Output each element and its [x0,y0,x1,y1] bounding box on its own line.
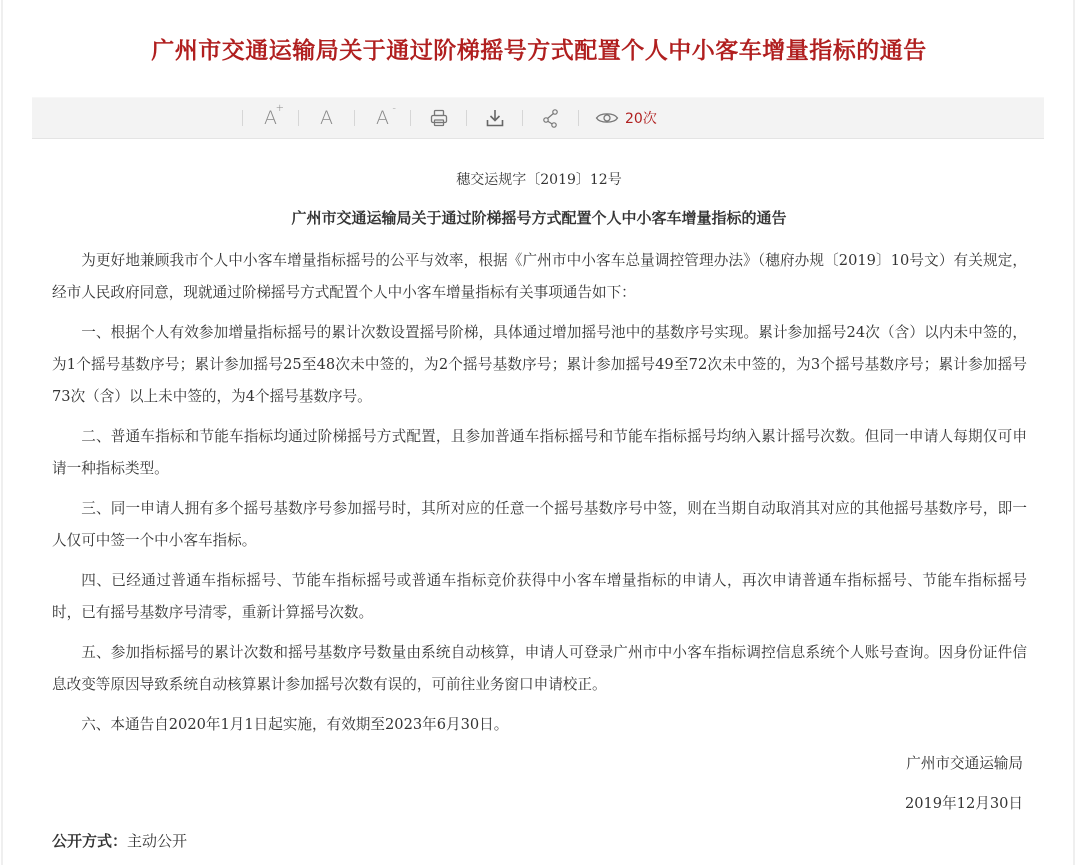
paragraph-4: 四、已经通过普通车指标摇号、节能车指标摇号或普通车指标竞价获得中小客车增量指标的… [52,565,1027,629]
share-icon [541,108,561,128]
document-body: 为更好地兼顾我市个人中小客车增量指标摇号的公平与效率，根据《广州市中小客车总量调… [52,245,1027,749]
paragraph-3: 三、同一申请人拥有多个摇号基数序号参加摇号时，其所对应的任意一个摇号基数序号中签… [52,493,1027,557]
font-increase-icon: A+ [264,109,277,128]
download-icon [485,108,505,128]
disclosure-label: 公开方式： [52,832,127,850]
printer-icon [429,108,449,128]
print-button[interactable] [411,98,466,138]
view-count: 20次 [579,108,657,128]
disclosure-method: 公开方式：主动公开 [52,830,187,851]
article-toolbar: A+ A A- [32,97,1044,139]
font-increase-button[interactable]: A+ [243,98,298,138]
paragraph-intro: 为更好地兼顾我市个人中小客车增量指标摇号的公平与效率，根据《广州市中小客车总量调… [52,245,1027,309]
share-button[interactable] [523,98,578,138]
font-decrease-icon: A- [376,109,389,128]
frame-border-right [1073,0,1075,865]
paragraph-6: 六、本通告自2020年1月1日起实施，有效期至2023年6月30日。 [52,709,1027,741]
disclosure-value: 主动公开 [127,832,187,850]
frame-border-left [1,0,3,865]
font-default-icon: A [320,109,333,128]
paragraph-1: 一、根据个人有效参加增量指标摇号的累计次数设置摇号阶梯，具体通过增加摇号池中的基… [52,317,1027,413]
page-title: 广州市交通运输局关于通过阶梯摇号方式配置个人中小客车增量指标的通告 [0,34,1078,68]
document-title: 广州市交通运输局关于通过阶梯摇号方式配置个人中小客车增量指标的通告 [0,207,1078,228]
paragraph-2: 二、普通车指标和节能车指标均通过阶梯摇号方式配置，且参加普通车指标摇号和节能车指… [52,421,1027,485]
eye-icon [595,110,619,126]
font-default-button[interactable]: A [299,98,354,138]
document-number: 穗交运规字〔2019〕12号 [0,169,1078,189]
paragraph-5: 五、参加指标摇号的累计次数和摇号基数序号数量由系统自动核算，申请人可登录广州市中… [52,637,1027,701]
download-button[interactable] [467,98,522,138]
signature-date: 2019年12月30日 [905,792,1023,813]
view-count-value: 20次 [625,108,657,128]
font-decrease-button[interactable]: A- [355,98,410,138]
signature-organization: 广州市交通运输局 [906,752,1023,773]
